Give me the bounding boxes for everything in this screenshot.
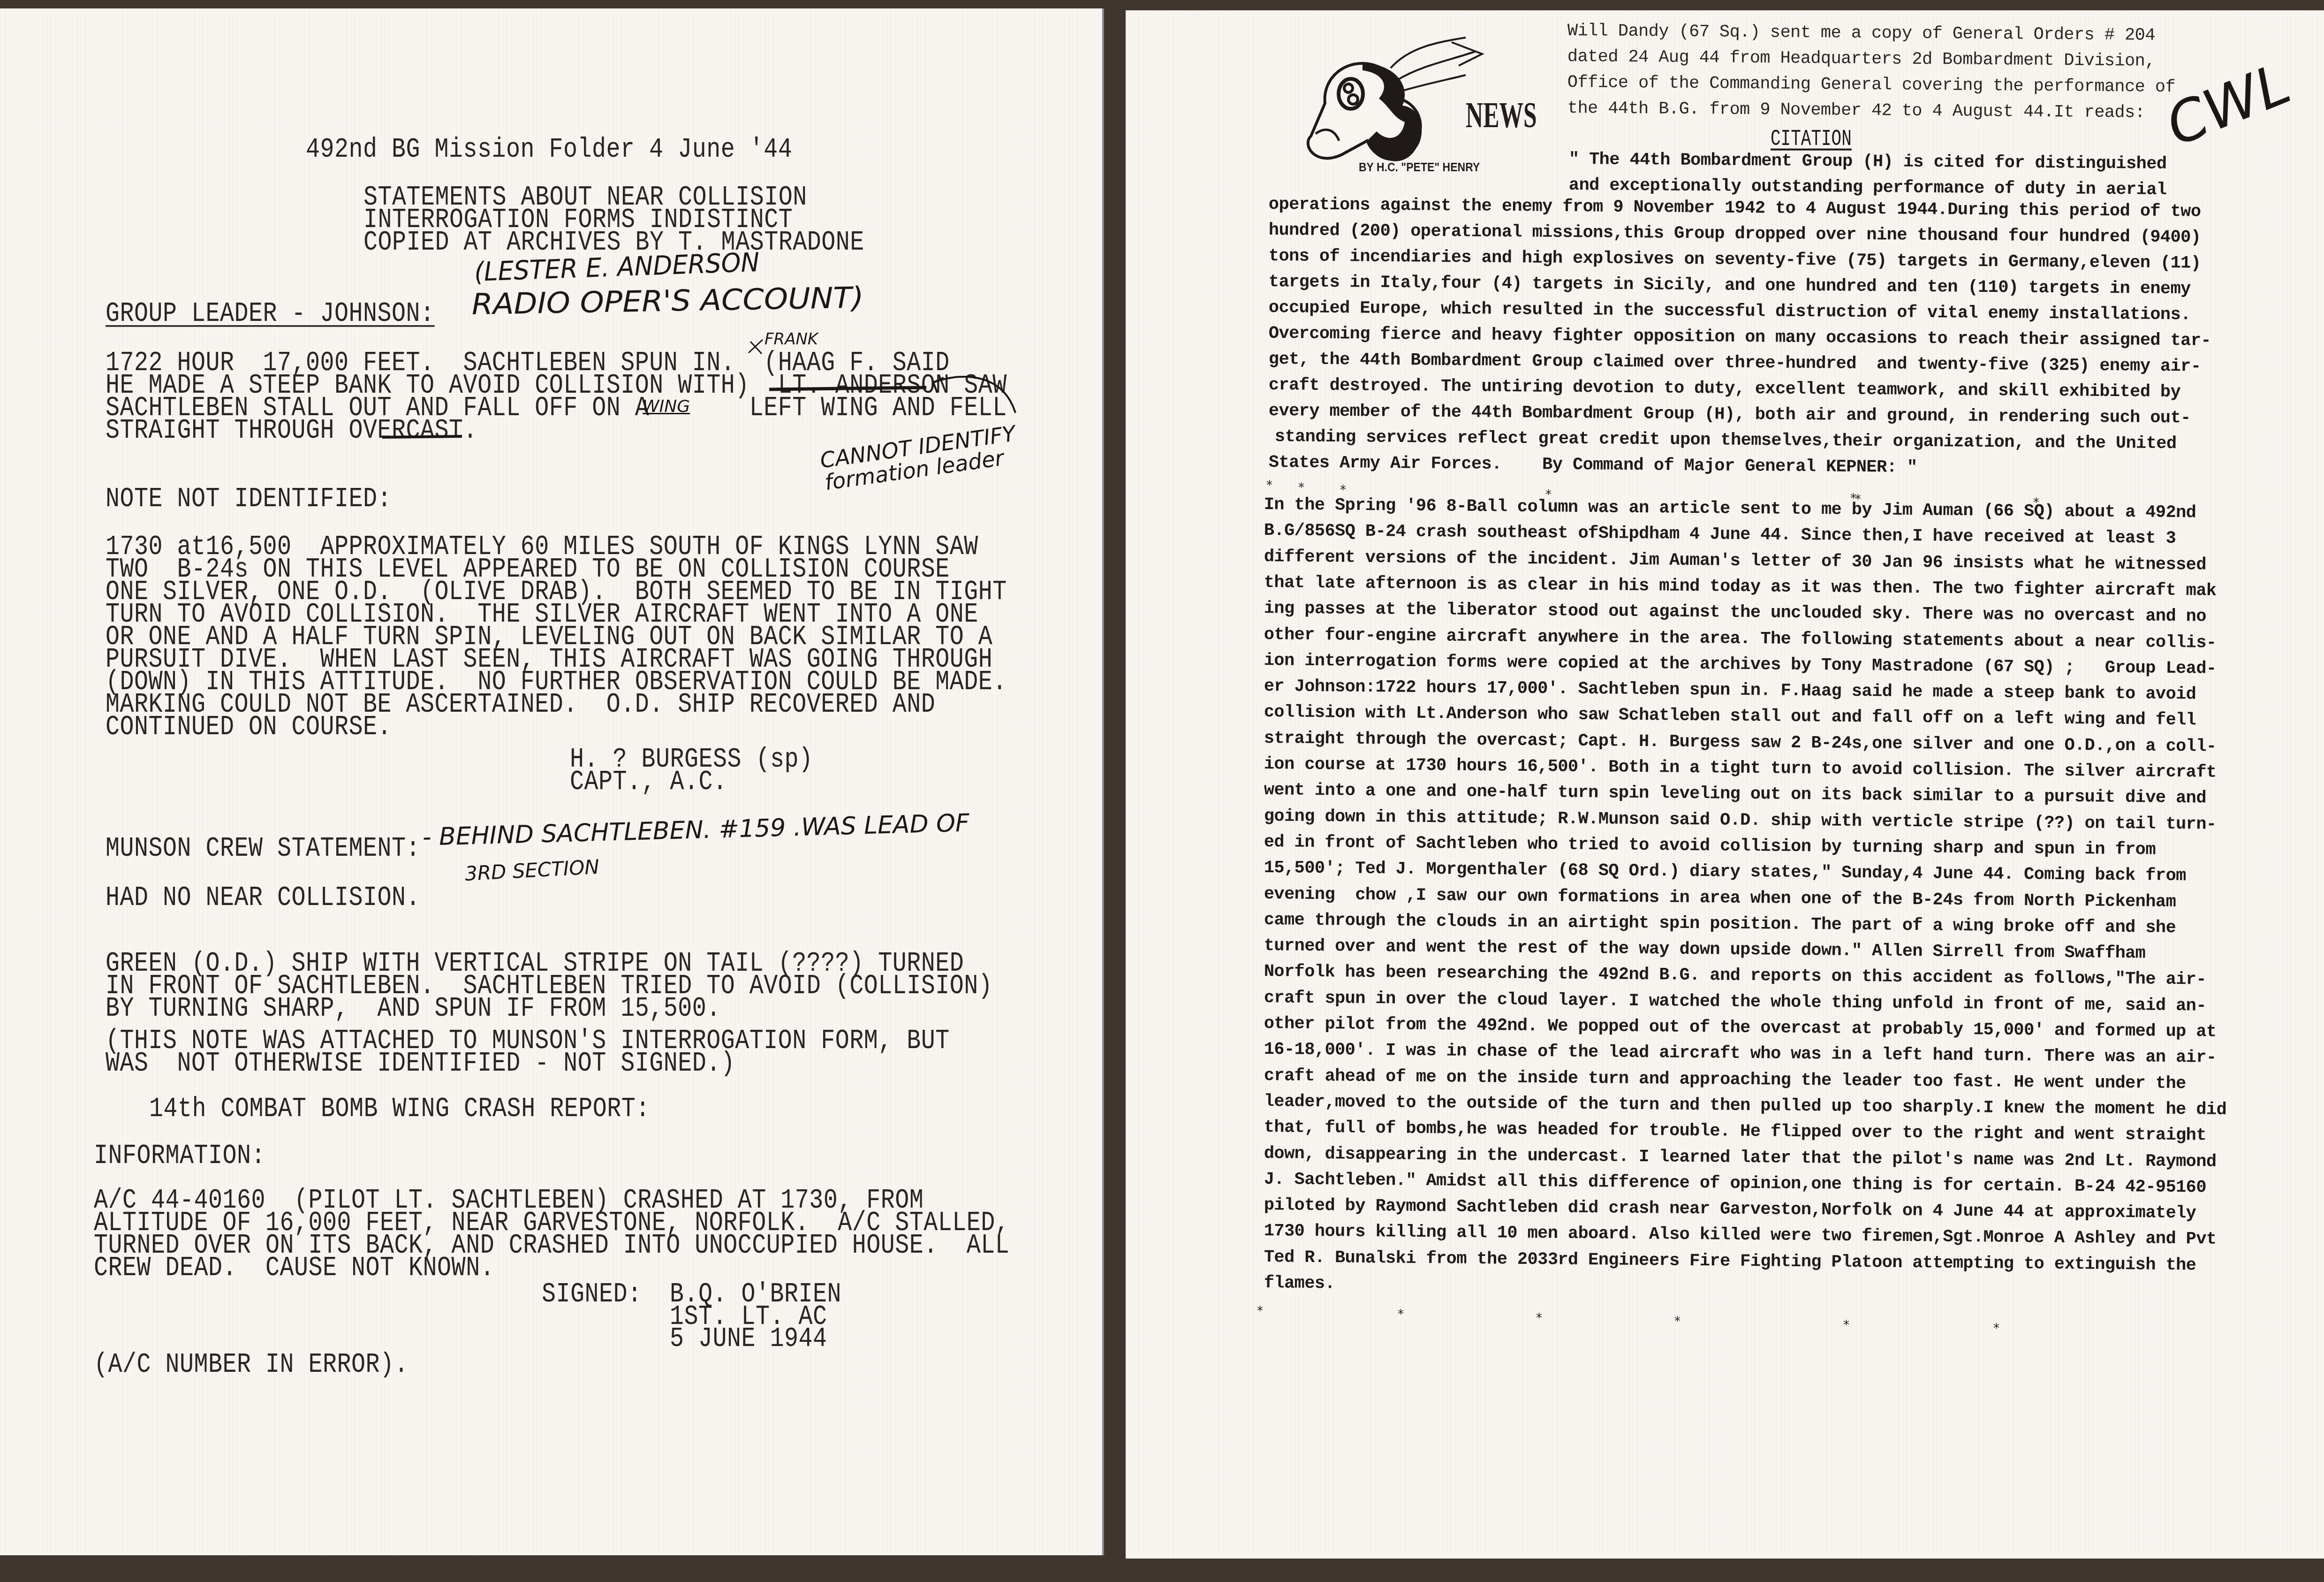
citation-line: " The 44th Bombardment Group (H) is cite…: [1569, 151, 2167, 173]
separator-star-icon: *: [1398, 1308, 1404, 1322]
group-leader-label-text: GROUP LEADER - JOHNSON:: [106, 298, 435, 329]
citation-heading: CITATION: [1771, 126, 1852, 152]
signed-label: SIGNED:: [542, 1281, 642, 1308]
news-byline: BY H.C. "PETE" HENRY: [1359, 161, 1480, 175]
document-title: 492nd BG Mission Folder 4 June '44: [306, 136, 792, 164]
munson-label: MUNSON CREW STATEMENT:: [106, 835, 420, 863]
separator-star-icon: *: [1298, 481, 1304, 495]
separator-star-icon: *: [1674, 1315, 1681, 1329]
separator-star-icon: *: [1993, 1322, 1999, 1336]
statement-line: CREW DEAD. CAUSE NOT KNOWN.: [94, 1255, 494, 1282]
intro-line: dated 24 Aug 44 from Headquarters 2d Bom…: [1567, 48, 2155, 70]
statement-line: WAS NOT OTHERWISE IDENTIFIED - NOT SIGNE…: [106, 1050, 735, 1078]
note-not-identified-label: NOTE NOT IDENTIFIED:: [106, 486, 392, 513]
separator-star-icon: *: [1257, 1304, 1263, 1318]
obrien-date: 5 JUNE 1944: [670, 1325, 827, 1353]
munson-no-collision: HAD NO NEAR COLLISION.: [106, 884, 420, 912]
handwritten-wing-annotation: WING: [643, 397, 690, 416]
page-edge-shadow: [1102, 8, 1104, 1555]
statement-line: BY TURNING SHARP, AND SPUN IF FROM 15,50…: [106, 995, 721, 1023]
citation-line: and exceptionally outstanding performanc…: [1569, 177, 2167, 199]
separator-star-icon: *: [1536, 1311, 1542, 1325]
intro-line: the 44th B.G. from 9 November 42 to 4 Au…: [1567, 100, 2145, 122]
burgess-rank: CAPT., A.C.: [570, 768, 727, 796]
crash-report-heading: 14th COMBAT BOMB WING CRASH REPORT:: [149, 1095, 650, 1123]
news-masthead: NEWS: [1466, 94, 1537, 137]
eight-ball-with-wings-icon: [1297, 28, 1489, 174]
intro-line: Office of the Commanding General coverin…: [1567, 74, 2175, 96]
group-leader-label: GROUP LEADER - JOHNSON:: [106, 300, 435, 328]
intro-line: Will Dandy (67 Sq.) sent me a copy of Ge…: [1567, 23, 2155, 45]
statement-line: STRAIGHT THROUGH OVERCAST.: [106, 417, 477, 445]
information-label: INFORMATION:: [94, 1142, 265, 1170]
handwritten-account-annotation: RADIO OPER'S ACCOUNT): [471, 280, 864, 321]
article-line: flames.: [1264, 1275, 1335, 1293]
crash-report-footnote: (A/C NUMBER IN ERROR).: [94, 1351, 409, 1379]
separator-star-icon: *: [1843, 1318, 1849, 1332]
handwritten-frank-annotation: FRANK: [765, 330, 818, 349]
statement-line: CONTINUED ON COURSE.: [106, 714, 392, 741]
separator-star-icon: *: [1266, 479, 1272, 493]
